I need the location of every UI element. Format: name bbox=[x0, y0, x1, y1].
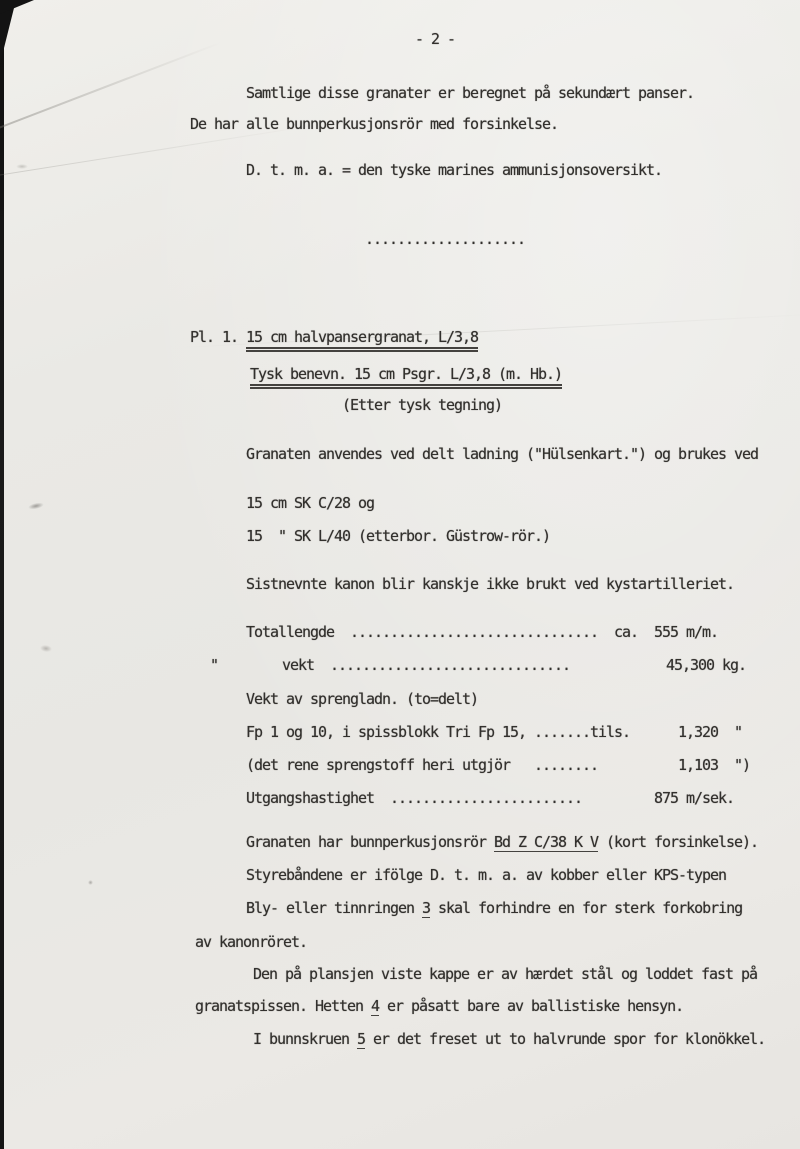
cap-text-post: er påsatt bare av ballistiske hensyn. bbox=[379, 997, 683, 1015]
gun-line-2: 15 " SK L/40 (etterbor. Güstrow-rör.) bbox=[246, 527, 550, 547]
document-page: - 2 - Samtlige disse granater er beregne… bbox=[0, 0, 800, 1149]
bands-line-1: Styrebåndene er ifölge D. t. m. a. av ko… bbox=[246, 866, 726, 886]
spec-charge-heading: Vekt av sprengladn. (to=delt) bbox=[246, 690, 478, 710]
ring-text-pre: Bly- eller tinnringen bbox=[246, 899, 422, 917]
ring-text-post: skal forhindre en for sterk forkobring bbox=[430, 899, 742, 917]
paper-crease bbox=[0, 41, 222, 136]
base-part-ref: 5 bbox=[357, 1030, 365, 1049]
spec-charge-total: Fp 1 og 10, i spissblokk Tri Fp 15, ....… bbox=[246, 723, 742, 743]
gun-line-1: 15 cm SK C/28 og bbox=[246, 494, 374, 514]
spec-muzzle-velocity: Utgangshastighet .......................… bbox=[246, 789, 734, 809]
fuze-designation: Bd Z C/38 K V bbox=[494, 833, 598, 852]
gun-note: Sistnevnte kanon blir kanskje ikke brukt… bbox=[246, 575, 734, 595]
pencil-mark bbox=[16, 164, 28, 169]
scan-corner-top-left-shadow bbox=[0, 0, 34, 14]
spec-pure-explosive: (det rene sprengstoff heri utgjör ......… bbox=[246, 756, 750, 776]
ring-part-ref: 3 bbox=[422, 899, 430, 918]
base-text-post: er det freset ut to halvrunde spor for k… bbox=[365, 1030, 765, 1048]
intro-line-1: Samtlige disse granater er beregnet på s… bbox=[246, 84, 694, 104]
hood-part-ref: 4 bbox=[371, 997, 379, 1016]
abbreviation-note: D. t. m. a. = den tyske marines ammunisj… bbox=[246, 161, 662, 181]
scan-edge-left bbox=[0, 0, 4, 1149]
bands-line-2: Bly- eller tinnringen 3 skal forhindre e… bbox=[246, 899, 742, 919]
drawing-note: (Etter tysk tegning) bbox=[342, 396, 502, 416]
cap-text-pre: granatspissen. Hetten bbox=[195, 997, 371, 1015]
page-number: - 2 - bbox=[415, 30, 455, 50]
plate-label: Pl. 1. bbox=[190, 328, 246, 346]
dotted-separator: .................... bbox=[365, 230, 525, 250]
base-text-pre: I bunnskruen bbox=[253, 1030, 357, 1048]
bands-line-2-continuation: av kanonröret. bbox=[195, 933, 307, 953]
pencil-mark bbox=[40, 644, 53, 653]
spec-total-weight: " vekt .............................. 45… bbox=[210, 656, 746, 676]
usage-line: Granaten anvendes ved delt ladning ("Hül… bbox=[246, 445, 758, 465]
plate-heading: Pl. 1. 15 cm halvpansergranat, L/3,8 bbox=[190, 328, 478, 348]
german-designation-line: Tysk benevn. 15 cm Psgr. L/3,8 (m. Hb.) bbox=[250, 365, 562, 385]
pencil-mark bbox=[88, 880, 93, 885]
cap-line-1: Den på plansjen viste kappe er av hærdet… bbox=[253, 965, 757, 985]
german-designation: Tysk benevn. 15 cm Psgr. L/3,8 (m. Hb.) bbox=[250, 365, 562, 389]
pencil-mark bbox=[28, 501, 45, 510]
plate-title: 15 cm halvpansergranat, L/3,8 bbox=[246, 328, 478, 352]
fuze-line: Granaten har bunnperkusjonsrör Bd Z C/38… bbox=[246, 833, 758, 853]
spec-total-length: Totallengde ............................… bbox=[246, 623, 718, 643]
fuze-text-post: (kort forsinkelse). bbox=[598, 833, 758, 851]
cap-line-2: granatspissen. Hetten 4 er påsatt bare a… bbox=[195, 997, 683, 1017]
intro-line-2: De har alle bunnperkusjonsrör med forsin… bbox=[190, 115, 558, 135]
base-screw-line: I bunnskruen 5 er det freset ut to halvr… bbox=[253, 1030, 765, 1050]
fuze-text-pre: Granaten har bunnperkusjonsrör bbox=[246, 833, 494, 851]
